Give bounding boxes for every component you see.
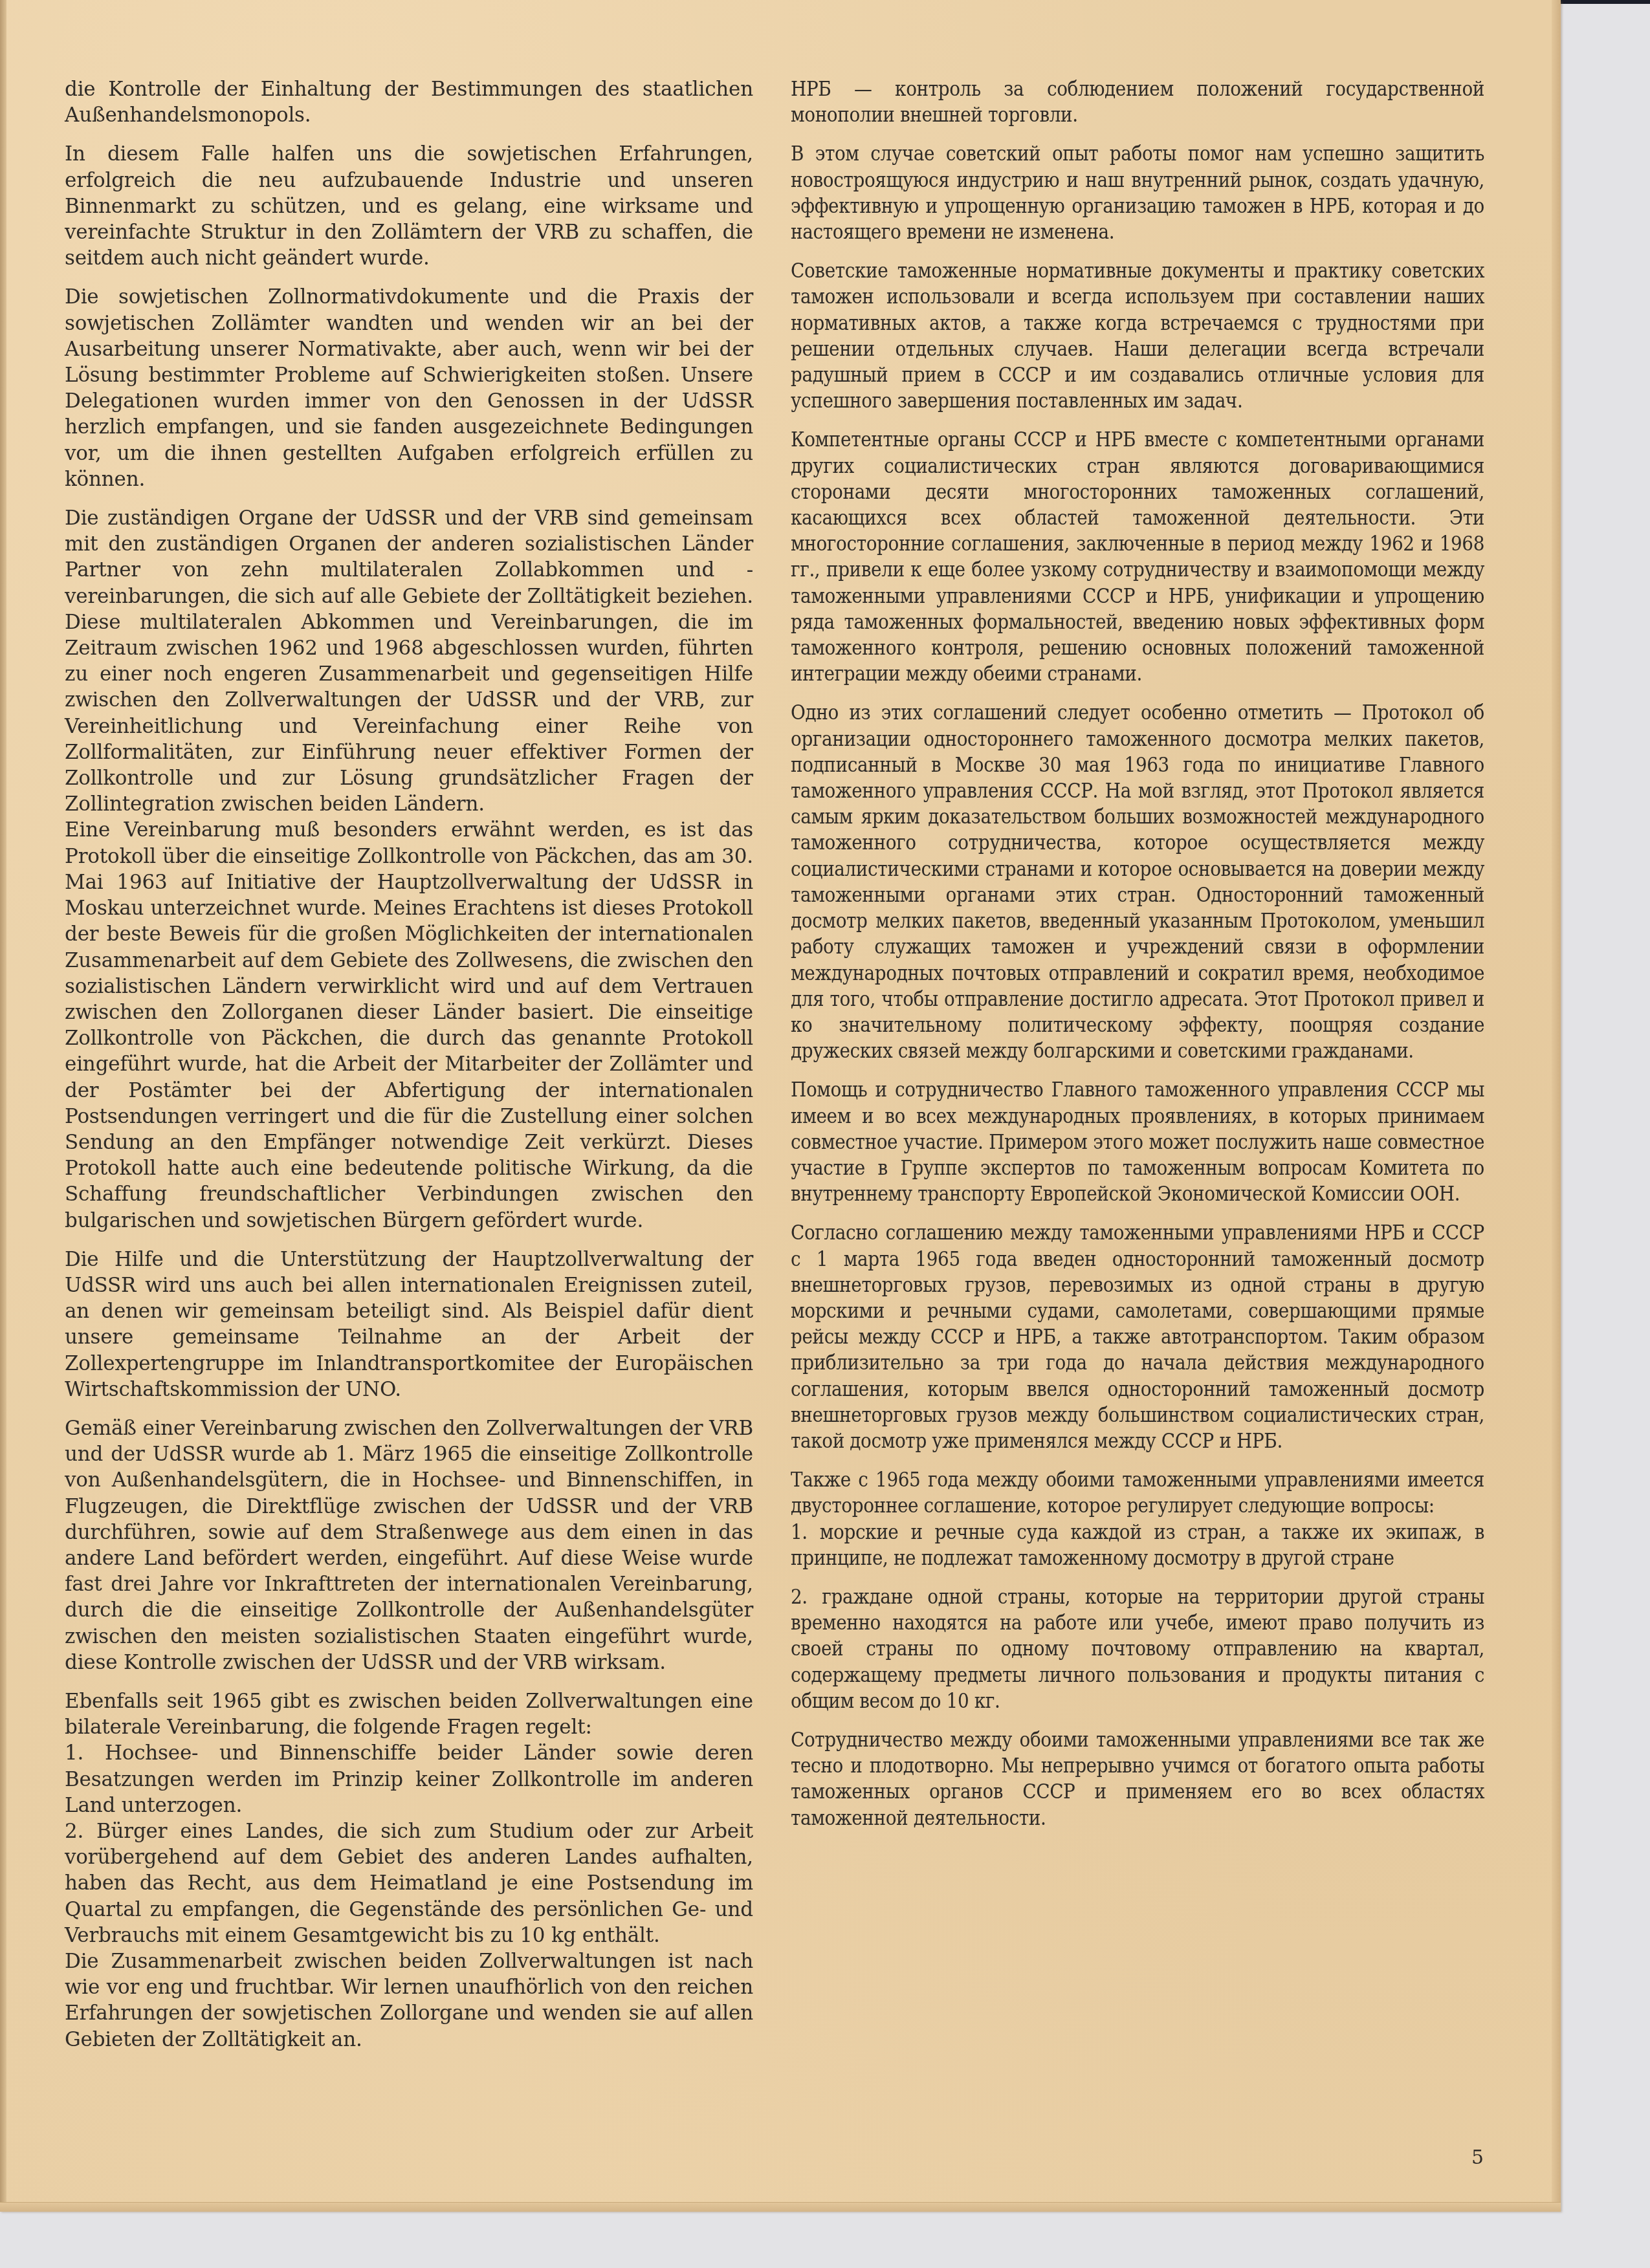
list-item-ru-1: 1. морские и речные суда каждой из стран… (791, 1520, 1484, 1571)
paragraph-ru-3: Советские таможенные нормативные докумен… (791, 258, 1484, 414)
paragraph-de-9: Die Zusammenarbeit zwischen beiden Zollv… (65, 1948, 753, 2053)
page-number: 5 (1471, 2146, 1484, 2169)
list-item-de-2: 2. Bürger eines Landes, die sich zum Stu… (65, 1818, 753, 1948)
paragraph-de-2: In diesem Falle halfen uns die sowjetisc… (65, 141, 753, 271)
paragraph-ru-9: Сотрудничество между обоими таможенными … (791, 1727, 1484, 1831)
paragraph-ru-5: Одно из этих соглашений следует особенно… (791, 700, 1484, 1064)
paragraph-de-7: Gemäß einer Vereinbarung zwischen den Zo… (65, 1415, 753, 1675)
document-page: die Kontrolle der Einhaltung der Bestimm… (0, 0, 1561, 2211)
list-item-de-1: 1. Hochsee- und Binnenschiffe beider Län… (65, 1740, 753, 1818)
paragraph-de-6: Die Hilfe und die Unterstützung der Haup… (65, 1247, 753, 1402)
german-column: die Kontrolle der Einhaltung der Bestimm… (65, 76, 753, 2066)
scanner-edge-band (1559, 0, 1650, 4)
page-edge-bottom (0, 2202, 1561, 2212)
paragraph-ru-8: Также с 1965 года между обоими таможенны… (791, 1467, 1484, 1519)
paragraph-ru-2: В этом случае советский опыт работы помо… (791, 141, 1484, 245)
page-edge-left (0, 0, 6, 2211)
page-edge-right (1552, 0, 1561, 2211)
paragraph-ru-6: Помощь и сотрудничество Главного таможен… (791, 1077, 1484, 1207)
list-item-ru-2: 2. граждане одной страны, которые на тер… (791, 1584, 1484, 1714)
paragraph-ru-7: Согласно соглашению между таможенными уп… (791, 1220, 1484, 1454)
russian-column: НРБ — контроль за соблюдением положений … (791, 76, 1484, 1844)
paragraph-de-3: Die sowjetischen Zollnormativdokumente u… (65, 284, 753, 492)
paragraph-de-1: die Kontrolle der Einhaltung der Bestimm… (65, 76, 753, 128)
paragraph-ru-4: Компетентные органы СССР и НРБ вместе с … (791, 427, 1484, 687)
paragraph-de-8: Ebenfalls seit 1965 gibt es zwischen bei… (65, 1688, 753, 1740)
paragraph-ru-1: НРБ — контроль за соблюдением положений … (791, 76, 1484, 128)
paragraph-de-4: Die zuständigen Organe der UdSSR und der… (65, 505, 753, 817)
paragraph-de-5: Eine Vereinbarung muß besonders erwähnt … (65, 817, 753, 1233)
